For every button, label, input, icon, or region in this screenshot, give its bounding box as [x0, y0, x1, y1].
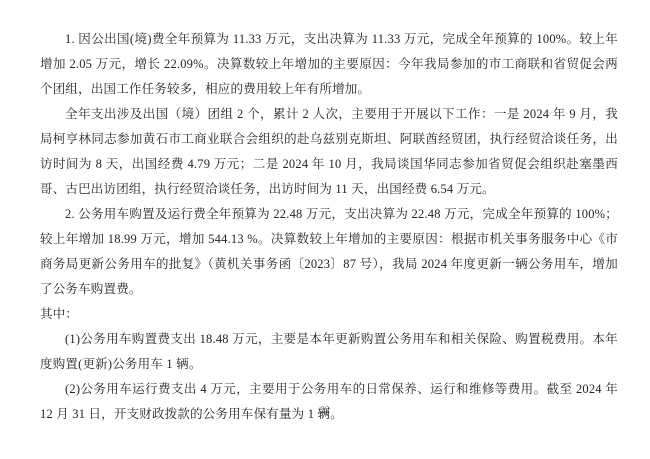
paragraph-overseas-travel-summary: 1. 因公出国(境)费全年预算为 11.33 万元，支出决算为 11.33 万元…	[40, 27, 618, 102]
paragraph-among-which-label: 其中：	[40, 302, 618, 327]
paragraph-vehicle-purchase-detail: (1)公务用车购置费支出 18.48 万元，主要是本年更新购置公务用车和相关保险…	[40, 327, 618, 377]
page-number: 22	[0, 404, 650, 418]
document-page: 1. 因公出国(境)费全年预算为 11.33 万元，支出决算为 11.33 万元…	[0, 0, 650, 459]
paragraph-overseas-travel-detail: 全年支出涉及出国（境）团组 2 个，累计 2 人次，主要用于开展以下工作：一是 …	[40, 102, 618, 202]
paragraph-vehicle-operation-detail: (2)公务用车运行费支出 4 万元，主要用于公务用车的日常保养、运行和维修等费用…	[40, 377, 618, 427]
document-body: 1. 因公出国(境)费全年预算为 11.33 万元，支出决算为 11.33 万元…	[40, 27, 618, 427]
paragraph-vehicle-budget-summary: 2. 公务用车购置及运行费全年预算为 22.48 万元，支出决算为 22.48 …	[40, 202, 618, 302]
